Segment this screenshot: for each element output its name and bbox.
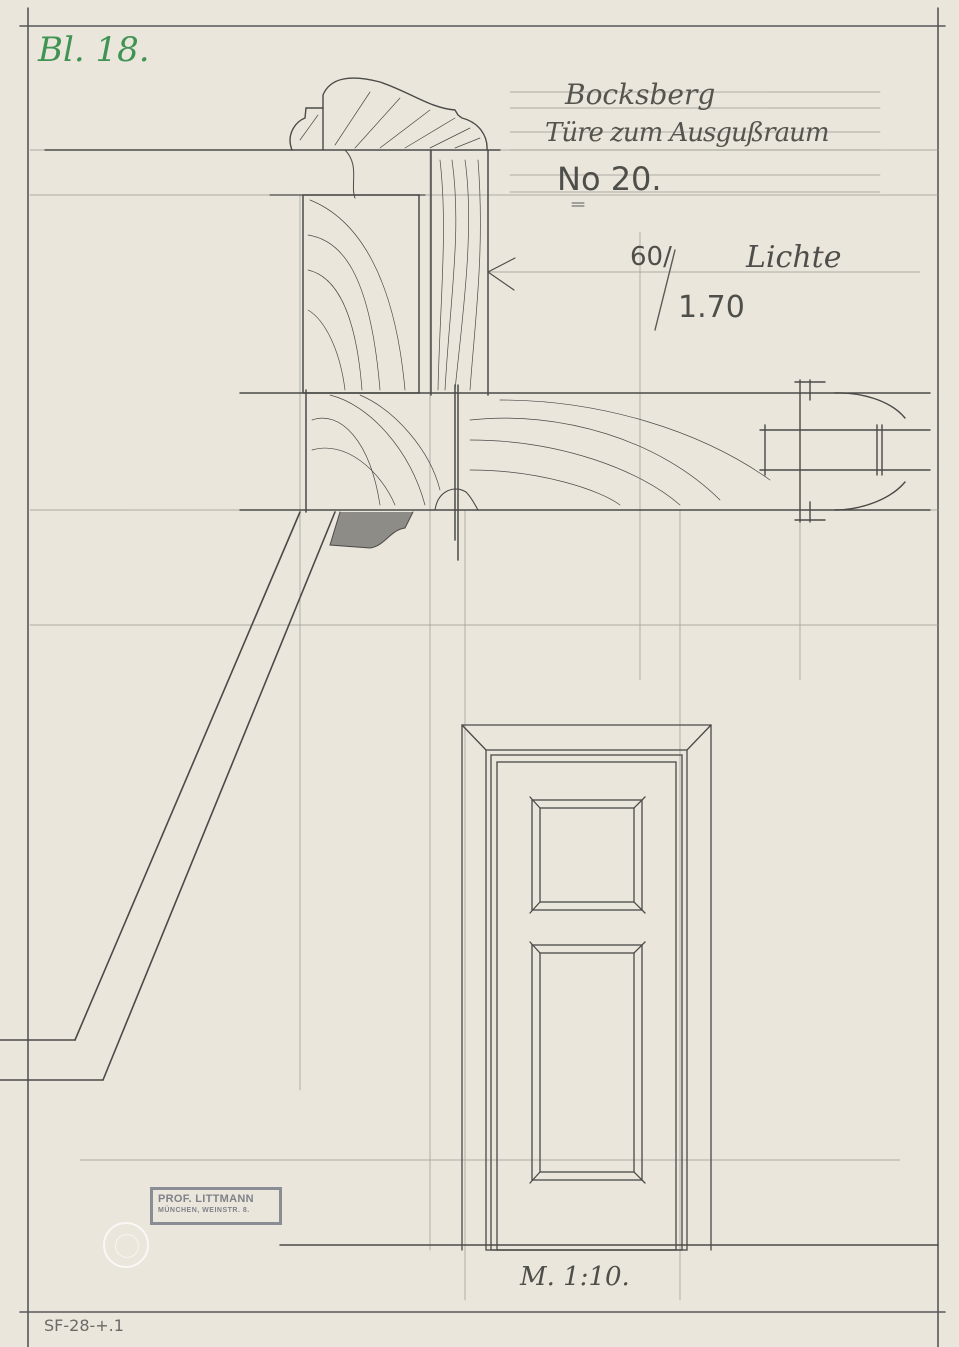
drawing-subject: Türe zum Ausgußraum bbox=[545, 118, 828, 148]
door-elevation bbox=[280, 725, 938, 1250]
sheet-border bbox=[20, 8, 945, 1347]
scale-note: M. 1:10. bbox=[520, 1262, 630, 1292]
stamp-line2: MÜNCHEN, WEINSTR. 8. bbox=[158, 1207, 274, 1214]
dimension-height: 1.70 bbox=[678, 290, 745, 325]
panel-joint bbox=[760, 380, 930, 522]
dimension-label: Lichte bbox=[746, 240, 841, 275]
frame-block bbox=[270, 195, 425, 393]
drawing-number: No 20. bbox=[557, 160, 662, 198]
door-section bbox=[240, 385, 930, 560]
vertical-stile bbox=[431, 150, 515, 395]
archive-mark: SF-28-+.1 bbox=[44, 1316, 124, 1335]
office-stamp: PROF. LITTMANN MÜNCHEN, WEINSTR. 8. bbox=[150, 1187, 282, 1225]
sloped-wall-section bbox=[0, 512, 335, 1080]
sheet-number: Bl. 18. bbox=[38, 30, 150, 70]
embossed-seal-icon bbox=[103, 1222, 149, 1268]
project-title: Bocksberg bbox=[565, 78, 715, 111]
dimension-width: 60/ bbox=[630, 242, 672, 272]
technical-drawing bbox=[0, 0, 959, 1347]
drawing-sheet: Bl. 18. Bocksberg Türe zum Ausgußraum No… bbox=[0, 0, 959, 1347]
stamp-line1: PROF. LITTMANN bbox=[158, 1193, 274, 1205]
